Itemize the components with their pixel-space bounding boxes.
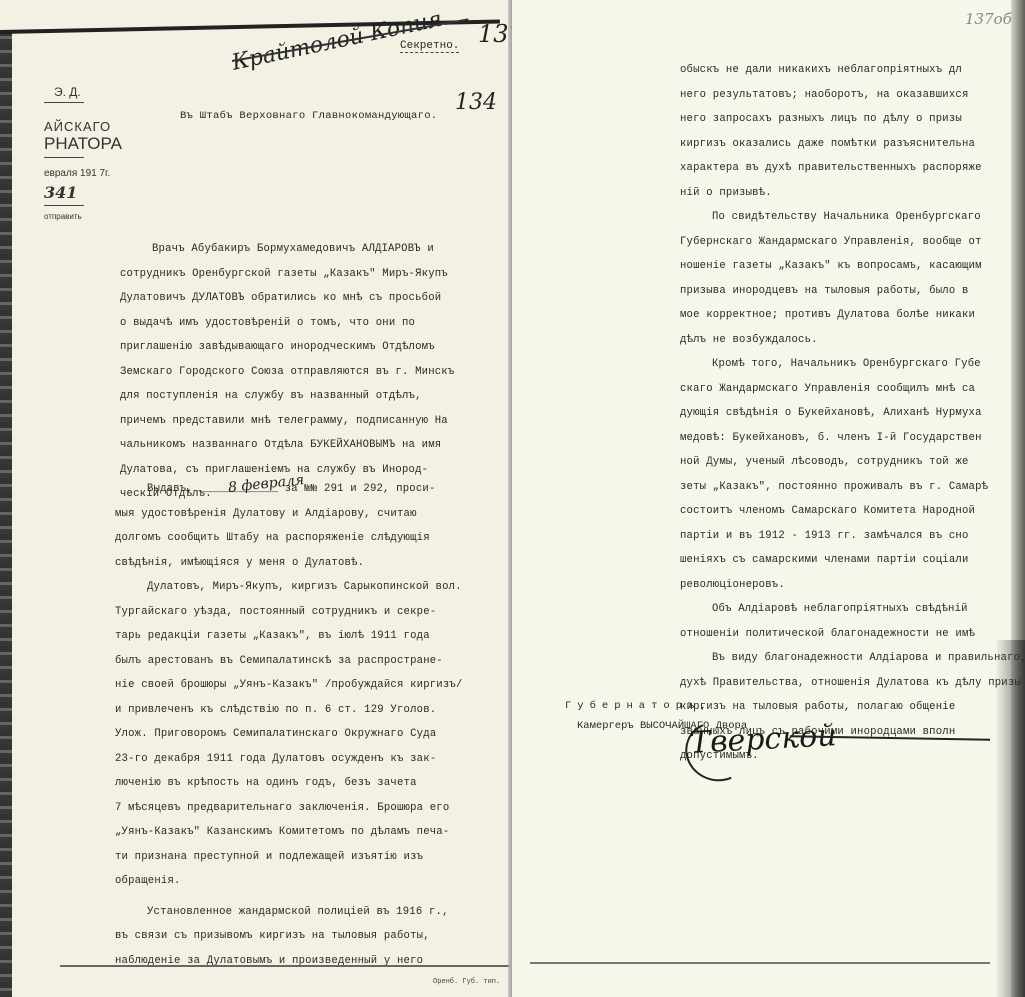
text-line: „Уянъ-Казакъ" Казанскимъ Комитетомъ по д… <box>115 820 463 845</box>
text-line: былъ арестованъ въ Семипалатинскѣ за рас… <box>115 649 463 674</box>
signatory-title: Губернаторъ, <box>565 700 747 712</box>
text-line: обращенія. <box>115 869 463 894</box>
text-line: Въ виду благонадежности Алдіарова и прав… <box>680 646 1025 671</box>
paragraph: Дулатовъ, Миръ-Якупъ, киргизъ Сарыкопинс… <box>115 575 463 894</box>
letterhead: Э. Д. АЙСКАГО РНАТОРА евраля 191 7г. 341… <box>44 85 124 221</box>
letterhead-number: 341 <box>44 183 124 202</box>
text-line: духѣ Правительства, отношенія Дулатова к… <box>680 671 1025 696</box>
text-line: люченію въ крѣпость на одинъ годъ, безъ … <box>115 771 463 796</box>
letterhead-date: евраля 191 7г. <box>44 168 124 179</box>
paragraph: Объ Алдіаровѣ неблагопріятныхъ свѣдѣнійо… <box>680 597 1025 646</box>
classification-stamp: Секретно. <box>400 40 459 53</box>
folio-number: 137об <box>965 10 1012 28</box>
text-line: мое корректное; противъ Дулатова болѣе н… <box>680 303 1025 328</box>
text-line: 7 мѣсяцевъ предварительнаго заключенія. … <box>115 796 463 821</box>
text-line: сотрудникъ Оренбургской газеты „Казакъ" … <box>120 262 454 287</box>
bottom-rule <box>60 965 510 967</box>
text-line: характера въ духѣ правительственныхъ рас… <box>680 156 1025 181</box>
text-line: чальникомъ названнаго Отдѣла БУКЕЙХАНОВЫ… <box>120 433 454 458</box>
text-line: для поступленія на службу въ названный о… <box>120 384 454 409</box>
text-line: дѣлъ не возбуждалось. <box>680 328 1025 353</box>
text-line: Губернскаго Жандармскаго Управленія, воо… <box>680 230 1025 255</box>
letterhead-line2: АЙСКАГО <box>44 119 124 134</box>
text-line: отношеніи политической благонадежности н… <box>680 622 1025 647</box>
printer-mark: Оренб. Губ. тип. <box>433 978 500 986</box>
text-line: наблюденіе за Дулатовымъ и произведенный… <box>115 949 463 974</box>
text-line: Дулатовъ, Миръ-Якупъ, киргизъ Сарыкопинс… <box>115 575 463 600</box>
text-line: По свидѣтельству Начальника Оренбургскаг… <box>680 205 1025 230</box>
text-line: и привлеченъ къ слѣдствію по п. 6 ст. 12… <box>115 698 463 723</box>
paragraph: Установленное жандармской полиціей въ 19… <box>115 900 463 974</box>
text-line: медовѣ: Букейхановъ, б. членъ I-й Госуда… <box>680 426 1025 451</box>
text-line: обыскъ не дали никакихъ неблагопріятныхъ… <box>680 58 1025 83</box>
text-line: свѣдѣнія, имѣющіяся у меня о Дулатовѣ. <box>115 551 463 576</box>
text-line: ти признана преступной и подлежащей изъя… <box>115 845 463 870</box>
text-line: Улож. Приговоромъ Семипалатинскаго Окруж… <box>115 722 463 747</box>
text-line: тарь редакціи газеты „Казакъ", въ іюлѣ 1… <box>115 624 463 649</box>
text-line: состоитъ членомъ Самарскаго Комитета Нар… <box>680 499 1025 524</box>
folio-number-secondary: 134 <box>455 90 497 115</box>
text-line: него результатовъ; наоборотъ, на оказавш… <box>680 83 1025 108</box>
text-line: Кромѣ того, Начальникъ Оренбургскаго Губ… <box>680 352 1025 377</box>
left-body-part1: Врачъ Абубакиръ Бормухамедовичъ АЛДІАРОВ… <box>120 237 454 507</box>
left-page: Крайтолой Копия. Секретно. 137 134 Э. Д.… <box>0 0 512 997</box>
right-body: обыскъ не дали никакихъ неблагопріятныхъ… <box>680 58 1025 769</box>
letterhead-line1: Э. Д. <box>54 85 124 99</box>
text-line: ній о призывѣ. <box>680 181 1025 206</box>
text-line: киргизъ оказались даже помѣтки разъяснит… <box>680 132 1025 157</box>
addressee: Въ Штабъ Верховнаго Главнокомандующаго. <box>180 110 437 122</box>
text-line: долгомъ сообщить Штабу на распоряженіе с… <box>115 526 463 551</box>
divider <box>44 205 84 206</box>
text-line: него запросахъ разныхъ лицъ по дѣлу о пр… <box>680 107 1025 132</box>
text-line: ной Думы, ученый лѣсоводъ, сотрудникъ то… <box>680 450 1025 475</box>
text-line: призыва инородцевъ на тыловыя работы, бы… <box>680 279 1025 304</box>
paragraph: По свидѣтельству Начальника Оренбургскаг… <box>680 205 1025 352</box>
paragraph: Кромѣ того, Начальникъ Оренбургскаго Губ… <box>680 352 1025 597</box>
text-line: мыя удостовѣренія Дулатову и Алдіарову, … <box>115 502 463 527</box>
divider <box>44 157 84 158</box>
text-line: Тургайскаго уѣзда, постоянный сотрудникъ… <box>115 600 463 625</box>
text-line: ношеніе газеты „Казакъ" къ вопросамъ, ка… <box>680 254 1025 279</box>
text-line: въ связи съ призывомъ киргизъ на тыловыя… <box>115 924 463 949</box>
text-line: Врачъ Абубакиръ Бормухамедовичъ АЛДІАРОВ… <box>120 237 454 262</box>
text-line: причемъ представили мнѣ телеграмму, подп… <box>120 409 454 434</box>
text-line: дующія свѣдѣнія о Букейхановѣ, Алиханѣ Н… <box>680 401 1025 426</box>
text-line: ніе своей брошюры „Уянъ-Казакъ" /пробужд… <box>115 673 463 698</box>
text-line: партіи и въ 1912 - 1913 гг. замѣчался въ… <box>680 524 1025 549</box>
paragraph: обыскъ не дали никакихъ неблагопріятныхъ… <box>680 58 1025 205</box>
divider <box>44 102 84 103</box>
text-line: о выдачѣ имъ удостовѣреній о томъ, что о… <box>120 311 454 336</box>
paragraph: Врачъ Абубакиръ Бормухамедовичъ АЛДІАРОВ… <box>120 237 454 507</box>
letterhead-line3: РНАТОРА <box>44 134 124 154</box>
letterhead-note: отправить <box>44 212 124 221</box>
paragraph: Выдавъ, ____________ за №№ 291 и 292, пр… <box>115 477 463 575</box>
left-body-part2: Выдавъ, ____________ за №№ 291 и 292, пр… <box>115 477 463 973</box>
text-line: 23-го декабря 1911 года Дулатовъ осужден… <box>115 747 463 772</box>
text-line: шеніяхъ съ самарскими членами партіи соц… <box>680 548 1025 573</box>
text-line: революціонеровъ. <box>680 573 1025 598</box>
text-line: Установленное жандармской полиціей въ 19… <box>115 900 463 925</box>
text-line: зеты „Казакъ", постоянно проживалъ въ г.… <box>680 475 1025 500</box>
text-line: приглашенію завѣдывающаго инородческимъ … <box>120 335 454 360</box>
text-line: Дулатовичъ ДУЛАТОВЪ обратились ко мнѣ съ… <box>120 286 454 311</box>
bottom-rule <box>530 962 990 964</box>
scan-edge-left <box>0 30 12 997</box>
text-line: Объ Алдіаровѣ неблагопріятныхъ свѣдѣній <box>680 597 1025 622</box>
text-line: Земскаго Городского Союза отправляются в… <box>120 360 454 385</box>
text-line: скаго Жандармскаго Управленія сообщилъ м… <box>680 377 1025 402</box>
